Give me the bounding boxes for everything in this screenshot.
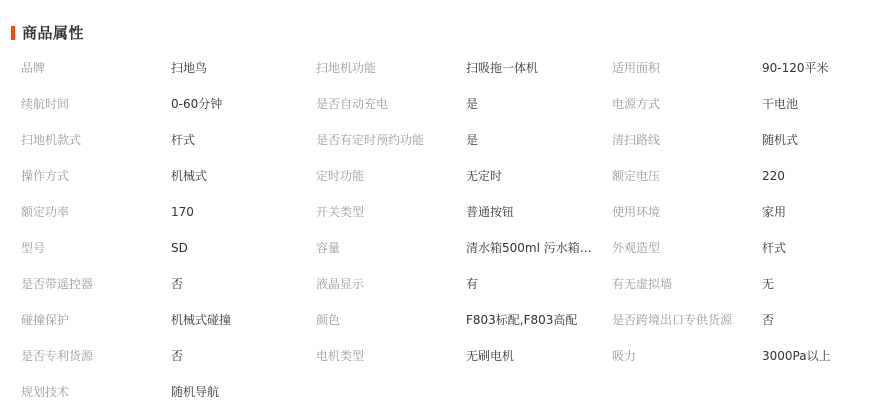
attribute-label: 额定功率 [21, 203, 161, 221]
attribute-row: 续航时间 0-60分钟 是否自动充电 是 电源方式 干电池 [0, 95, 893, 131]
attribute-label: 碰撞保护 [21, 311, 161, 329]
attribute-label: 使用环境 [612, 203, 752, 221]
attribute-label: 电源方式 [612, 95, 752, 113]
attribute-label: 是否跨境出口专供货源 [612, 311, 752, 329]
attribute-label: 吸力 [612, 347, 752, 365]
attribute-value: 否 [171, 275, 299, 293]
section-header: 商品属性 [11, 24, 84, 42]
attribute-value: 机械式 [171, 167, 299, 185]
attribute-label: 是否带遥控器 [21, 275, 161, 293]
attribute-value: 170 [171, 203, 299, 221]
attribute-row: 规划技术 随机导航 [0, 383, 893, 412]
accent-bar [11, 26, 15, 40]
attribute-value: 杆式 [171, 131, 299, 149]
attribute-value: 无定时 [466, 167, 594, 185]
attribute-label: 扫地机款式 [21, 131, 161, 149]
attribute-row: 额定功率 170 开关类型 普通按钮 使用环境 家用 [0, 203, 893, 239]
attribute-value: 杆式 [762, 239, 890, 257]
attribute-value: 是 [466, 95, 594, 113]
attribute-value: 干电池 [762, 95, 890, 113]
attribute-value: 无刷电机 [466, 347, 594, 365]
attribute-row: 碰撞保护 机械式碰撞 颜色 F803标配,F803高配 是否跨境出口专供货源 否 [0, 311, 893, 347]
attribute-value: 随机导航 [171, 383, 299, 401]
attribute-label: 电机类型 [316, 347, 456, 365]
attribute-label: 定时功能 [316, 167, 456, 185]
attribute-value: 清水箱500ml 污水箱4... [466, 239, 594, 257]
attribute-label: 是否自动充电 [316, 95, 456, 113]
attribute-row: 是否带遥控器 否 液晶显示 有 有无虚拟墙 无 [0, 275, 893, 311]
attribute-label: 适用面积 [612, 59, 752, 77]
attribute-value: 否 [762, 311, 890, 329]
attribute-value: 有 [466, 275, 594, 293]
attribute-row: 是否专利货源 否 电机类型 无刷电机 吸力 3000Pa以上 [0, 347, 893, 383]
attribute-value: 扫地鸟 [171, 59, 299, 77]
attribute-label: 额定电压 [612, 167, 752, 185]
attribute-value: SD [171, 239, 299, 257]
attribute-label: 是否有定时预约功能 [316, 131, 456, 149]
attribute-label: 品牌 [21, 59, 161, 77]
attribute-value: 机械式碰撞 [171, 311, 299, 329]
attribute-label: 液晶显示 [316, 275, 456, 293]
attribute-value: 否 [171, 347, 299, 365]
attribute-value: 随机式 [762, 131, 890, 149]
attribute-value: 3000Pa以上 [762, 347, 890, 365]
attribute-label: 开关类型 [316, 203, 456, 221]
attribute-row: 品牌 扫地鸟 扫地机功能 扫吸拖一体机 适用面积 90-120平米 [0, 59, 893, 95]
attribute-label: 型号 [21, 239, 161, 257]
attribute-value: 220 [762, 167, 890, 185]
product-attributes-panel: 商品属性 品牌 扫地鸟 扫地机功能 扫吸拖一体机 适用面积 90-120平米 续… [0, 0, 893, 412]
attribute-value: 0-60分钟 [171, 95, 299, 113]
attribute-value: F803标配,F803高配 [466, 311, 594, 329]
attribute-label: 规划技术 [21, 383, 161, 401]
attribute-value: 家用 [762, 203, 890, 221]
attribute-value: 是 [466, 131, 594, 149]
attribute-value: 无 [762, 275, 890, 293]
attribute-row: 型号 SD 容量 清水箱500ml 污水箱4... 外观造型 杆式 [0, 239, 893, 275]
attribute-label: 有无虚拟墙 [612, 275, 752, 293]
attribute-value: 90-120平米 [762, 59, 890, 77]
attribute-value: 扫吸拖一体机 [466, 59, 594, 77]
attribute-label: 外观造型 [612, 239, 752, 257]
attribute-value: 普通按钮 [466, 203, 594, 221]
attribute-label: 容量 [316, 239, 456, 257]
attribute-label: 扫地机功能 [316, 59, 456, 77]
attribute-label: 操作方式 [21, 167, 161, 185]
section-title: 商品属性 [22, 24, 84, 42]
attribute-label: 是否专利货源 [21, 347, 161, 365]
attribute-row: 扫地机款式 杆式 是否有定时预约功能 是 清扫路线 随机式 [0, 131, 893, 167]
attribute-label: 颜色 [316, 311, 456, 329]
attribute-row: 操作方式 机械式 定时功能 无定时 额定电压 220 [0, 167, 893, 203]
attribute-label: 续航时间 [21, 95, 161, 113]
attribute-label: 清扫路线 [612, 131, 752, 149]
